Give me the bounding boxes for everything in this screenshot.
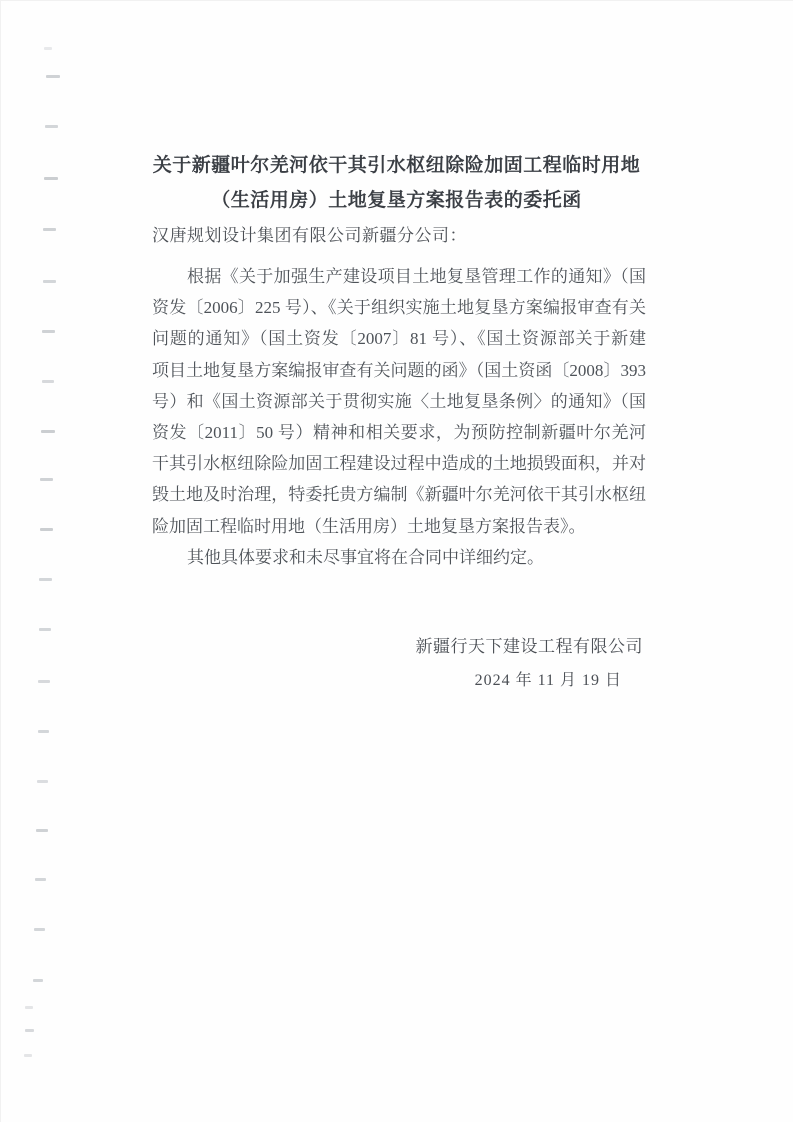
body-line: 干其引水枢纽除险加固工程建设过程中造成的土地损毁面积，并对损 (152, 448, 646, 479)
scan-mark (25, 1006, 33, 1009)
body-line: 毁土地及时治理，特委托贵方编制《新疆叶尔羌河依干其引水枢纽除 (152, 479, 646, 510)
body-line: 项目土地复垦方案编报审查有关问题的函》（国土资函〔2008〕393 (152, 355, 646, 386)
scan-mark (36, 829, 48, 832)
body-line: 险加固工程临时用地（生活用房）土地复垦方案报告表》。 (152, 511, 646, 542)
scan-mark (43, 228, 56, 231)
document-title-line2: （生活用房）土地复垦方案报告表的委托函 (0, 185, 793, 212)
body-line: 其他具体要求和未尽事宜将在合同中详细约定。 (152, 542, 646, 573)
scan-mark (44, 47, 52, 50)
scan-mark (24, 1054, 32, 1057)
scan-mark (42, 380, 54, 383)
scan-mark (34, 928, 45, 931)
scan-mark (38, 730, 49, 733)
scan-mark (39, 628, 51, 631)
scan-mark (40, 478, 53, 481)
scan-mark (25, 1029, 34, 1032)
salutation: 汉唐规划设计集团有限公司新疆分公司： (152, 221, 467, 246)
document-page: 关于新疆叶尔羌河依干其引水枢纽除险加固工程临时用地 （生活用房）土地复垦方案报告… (0, 0, 793, 1122)
scan-mark (38, 680, 50, 683)
body-line: 资发〔2006〕225 号）、《关于组织实施土地复垦方案编报审查有关 (152, 292, 646, 323)
signature-company: 新疆行天下建设工程有限公司 (416, 632, 644, 657)
scan-mark (39, 578, 52, 581)
signature-date: 2024 年 11 月 19 日 (475, 667, 622, 690)
document-body: 根据《关于加强生产建设项目土地复垦管理工作的通知》（国土资发〔2006〕225 … (152, 261, 646, 573)
body-line: 根据《关于加强生产建设项目土地复垦管理工作的通知》（国土 (152, 261, 646, 292)
scan-mark (41, 430, 55, 433)
scan-mark (43, 280, 56, 283)
scan-mark (37, 780, 48, 783)
body-line: 问题的通知》（国土资发〔2007〕81 号）、《国土资源部关于新建 (152, 323, 646, 354)
scan-mark (44, 177, 58, 180)
document-title-line1: 关于新疆叶尔羌河依干其引水枢纽除险加固工程临时用地 (0, 150, 793, 177)
scan-mark (45, 125, 58, 128)
scan-mark (46, 75, 60, 78)
scan-mark (35, 878, 46, 881)
scan-mark (42, 330, 55, 333)
scan-mark (33, 979, 43, 982)
scan-mark (40, 528, 53, 531)
body-line: 号）和《国土资源部关于贯彻实施〈土地复垦条例〉的通知》（国土 (152, 386, 646, 417)
body-line: 资发〔2011〕50 号）精神和相关要求，为预防控制新疆叶尔羌河依 (152, 417, 646, 448)
